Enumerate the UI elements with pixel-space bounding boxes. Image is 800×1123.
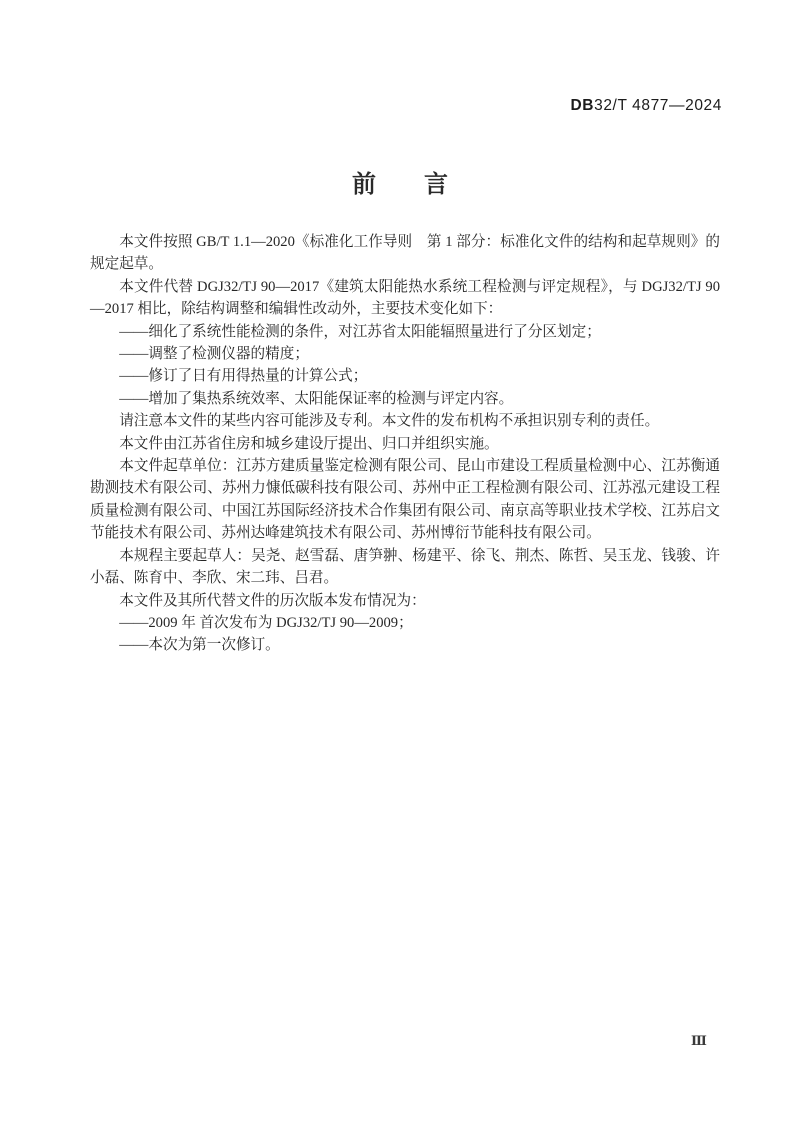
foreword-change-item: ——调整了检测仪器的精度；	[90, 343, 720, 365]
document-page: DB32/T 4877—2024 前 言 本文件按照 GB/T 1.1—2020…	[0, 0, 800, 1123]
foreword-paragraph-history-intro: 本文件及其所代替文件的历次版本发布情况为：	[90, 590, 720, 612]
foreword-paragraph-drafters: 本规程主要起草人：吴尧、赵雪磊、唐笋翀、杨建平、徐飞、荆杰、陈哲、吴玉龙、钱骏、…	[90, 545, 720, 590]
foreword-paragraph-patent-note: 请注意本文件的某些内容可能涉及专利。本文件的发布机构不承担识别专利的责任。	[90, 410, 720, 432]
foreword-history-item: ——本次为第一次修订。	[90, 634, 720, 656]
standard-code-prefix: DB	[571, 97, 595, 114]
foreword-change-item: ——修订了日有用得热量的计算公式；	[90, 365, 720, 387]
foreword-paragraph-replaces: 本文件代替 DGJ32/TJ 90—2017《建筑太阳能热水系统工程检测与评定规…	[90, 276, 720, 321]
foreword-body: 本文件按照 GB/T 1.1—2020《标准化工作导则 第 1 部分：标准化文件…	[90, 231, 720, 657]
foreword-history-item: ——2009 年 首次发布为 DGJ32/TJ 90—2009；	[90, 612, 720, 634]
foreword-change-item: ——细化了系统性能检测的条件，对江苏省太阳能辐照量进行了分区划定；	[90, 321, 720, 343]
foreword-paragraph-scope: 本文件按照 GB/T 1.1—2020《标准化工作导则 第 1 部分：标准化文件…	[90, 231, 720, 276]
foreword-change-item: ——增加了集热系统效率、太阳能保证率的检测与评定内容。	[90, 388, 720, 410]
foreword-paragraph-drafting-units: 本文件起草单位：江苏方建质量鉴定检测有限公司、昆山市建设工程质量检测中心、江苏衡…	[90, 455, 720, 545]
foreword-paragraph-issuer: 本文件由江苏省住房和城乡建设厅提出、归口并组织实施。	[90, 433, 720, 455]
page-number: Ⅲ	[691, 1033, 707, 1049]
standard-code: DB32/T 4877—2024	[571, 97, 723, 115]
standard-code-number: 32/T 4877—2024	[594, 97, 722, 114]
page-title: 前 言	[0, 164, 800, 199]
